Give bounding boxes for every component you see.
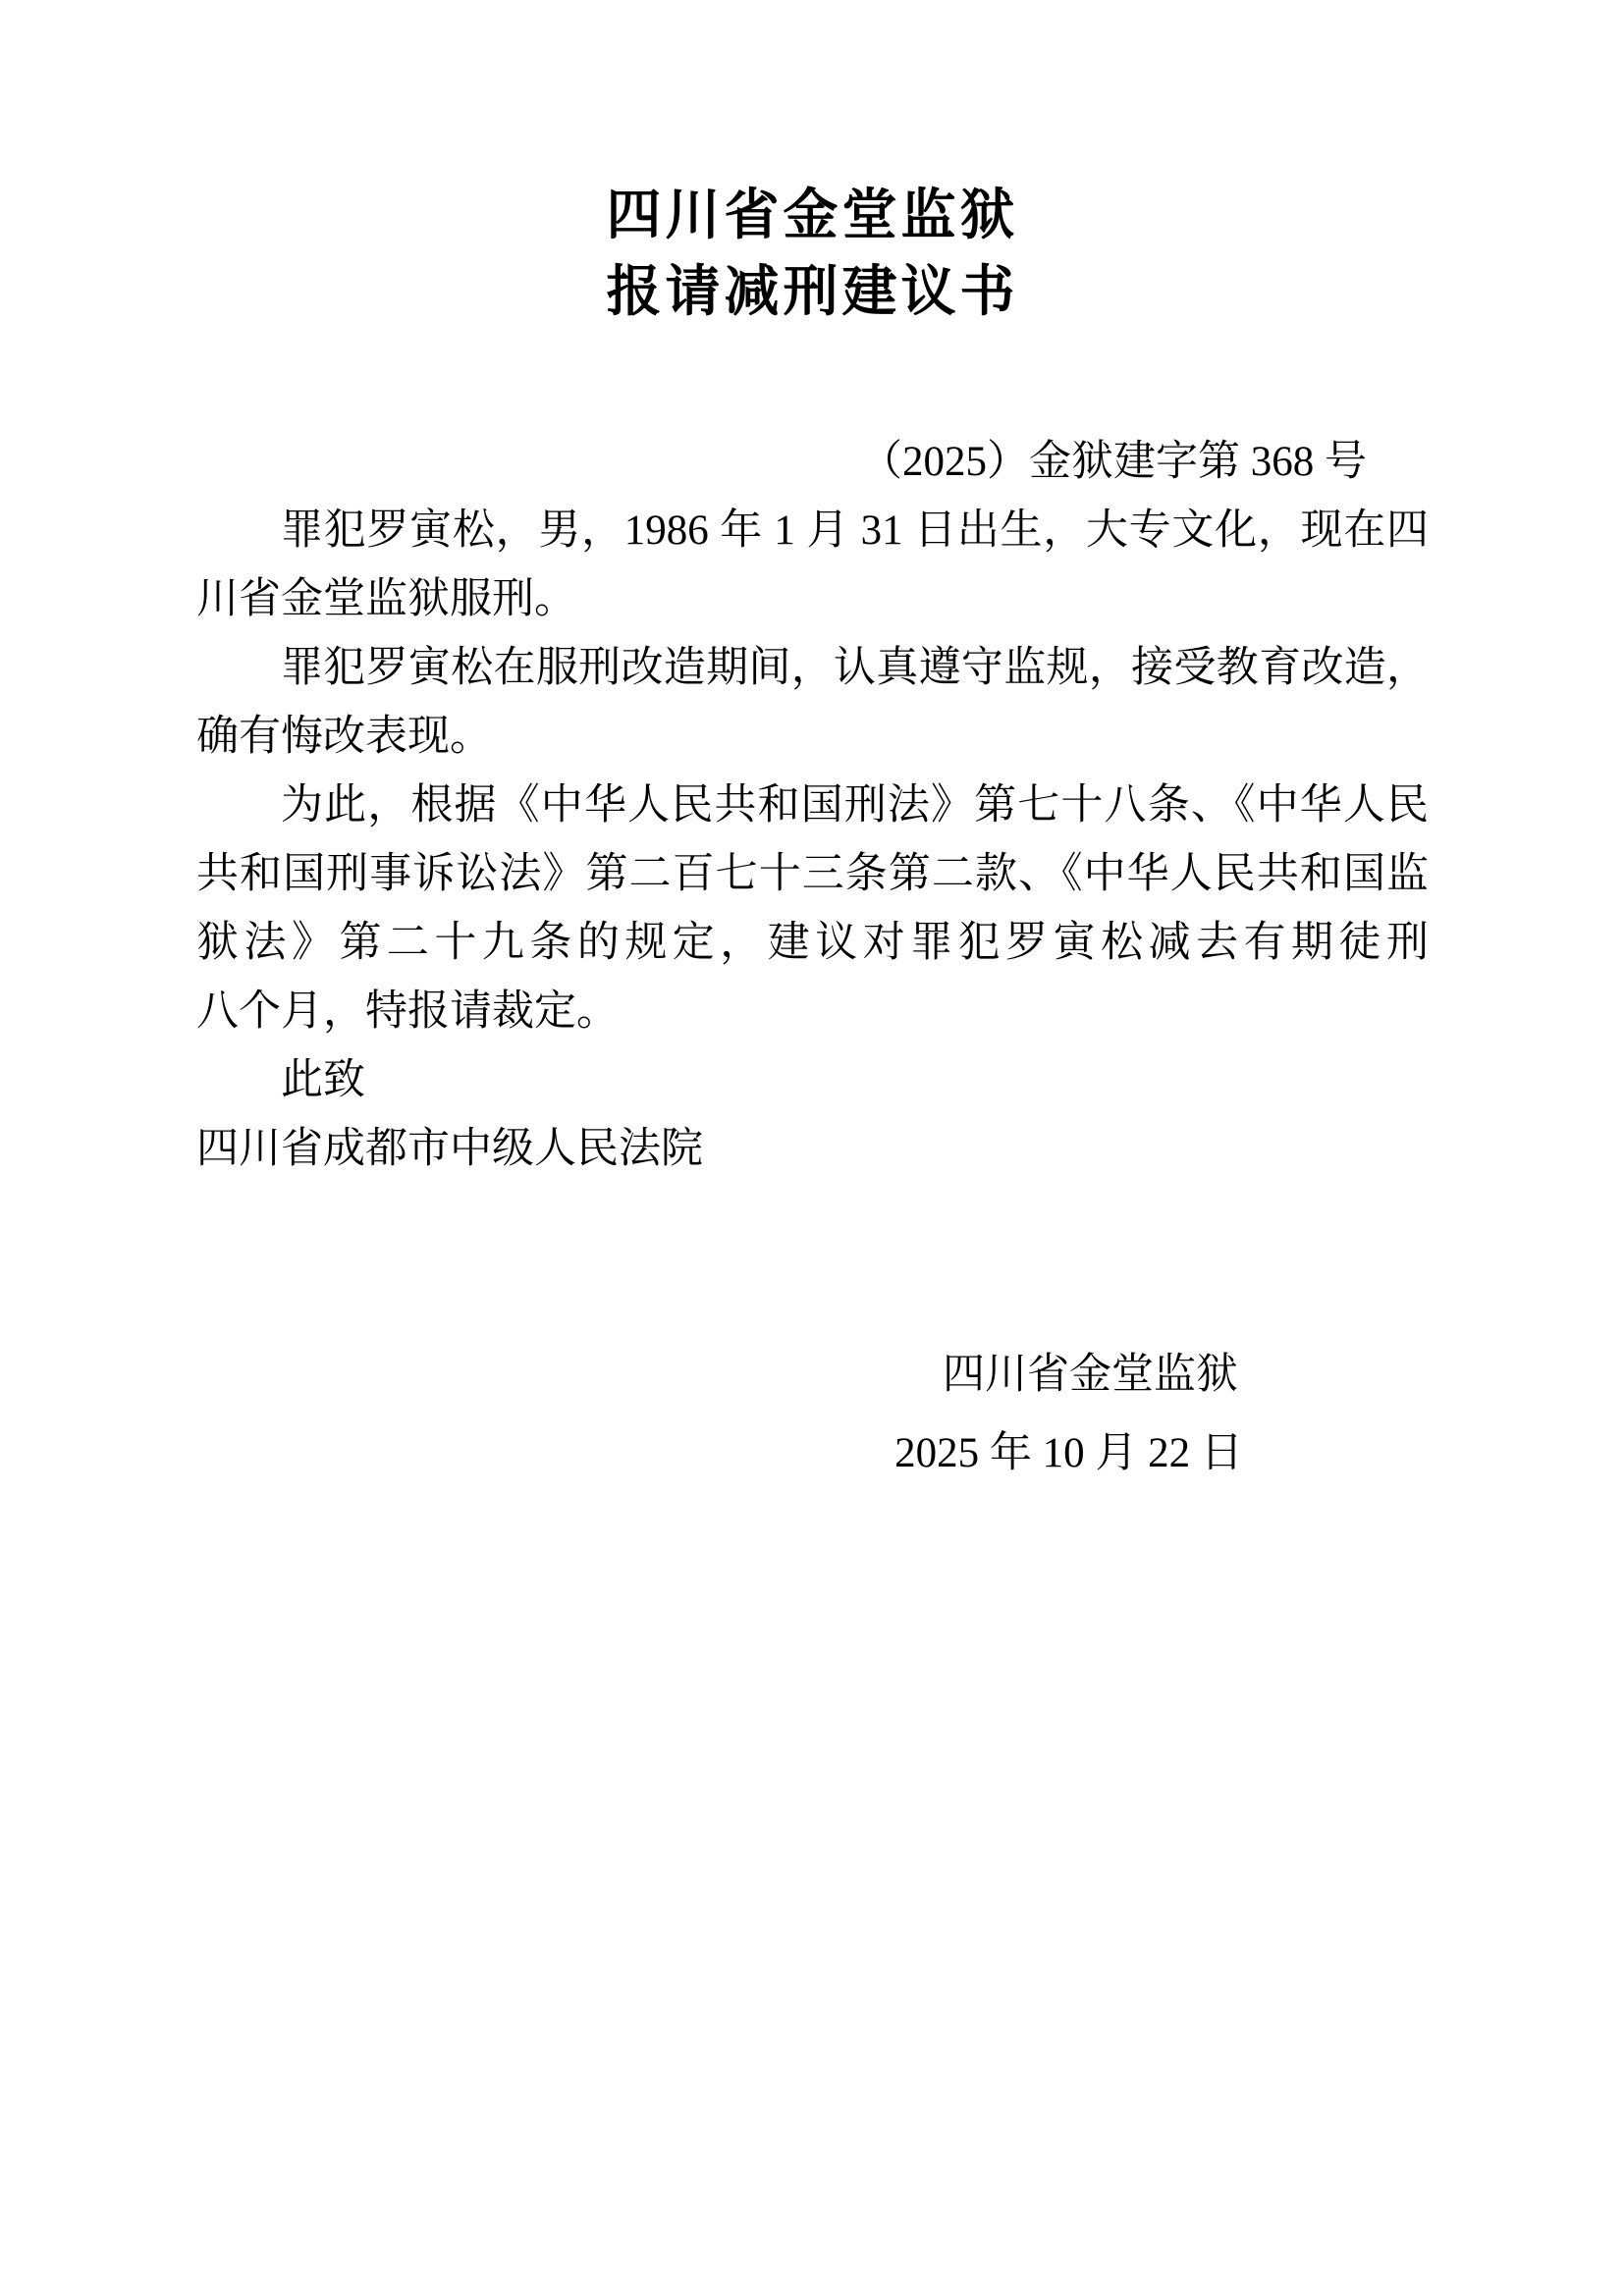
document-content: 四川省金堂监狱 报请减刑建议书 （2025）金狱建字第 368 号 罪犯罗寅松，… <box>196 177 1429 1493</box>
body-line: 川省金堂监狱服刑。 <box>196 565 1429 634</box>
signature-date: 2025 年 10 月 22 日 <box>196 1415 1429 1493</box>
recipient-court: 四川省成都市中级人民法院 <box>196 1115 1429 1184</box>
signature-organization: 四川省金堂监狱 <box>196 1336 1429 1415</box>
document-page: 四川省金堂监狱 报请减刑建议书 （2025）金狱建字第 368 号 罪犯罗寅松，… <box>0 0 1624 2296</box>
document-body: 罪犯罗寅松，男，1986 年 1 月 31 日出生，大专文化，现在四 川省金堂监… <box>196 497 1429 1184</box>
body-line: 罪犯罗寅松，男，1986 年 1 月 31 日出生，大专文化，现在四 <box>196 497 1429 565</box>
salutation: 此致 <box>196 1046 1429 1115</box>
body-line: 为此，根据《中华人民共和国刑法》第七十八条、《中华人民 <box>196 772 1429 840</box>
document-title: 四川省金堂监狱 报请减刑建议书 <box>196 177 1429 330</box>
document-title-line1: 四川省金堂监狱 <box>196 177 1429 253</box>
document-title-line2: 报请减刑建议书 <box>196 253 1429 330</box>
body-line: 确有悔改表现。 <box>196 703 1429 772</box>
body-line: 共和国刑事诉讼法》第二百七十三条第二款、《中华人民共和国监 <box>196 840 1429 909</box>
document-number: （2025）金狱建字第 368 号 <box>196 428 1429 497</box>
body-line: 八个月，特报请裁定。 <box>196 978 1429 1046</box>
body-line: 罪犯罗寅松在服刑改造期间，认真遵守监规，接受教育改造， <box>196 634 1429 703</box>
body-line: 狱法》第二十九条的规定，建议对罪犯罗寅松减去有期徒刑 <box>196 909 1429 978</box>
